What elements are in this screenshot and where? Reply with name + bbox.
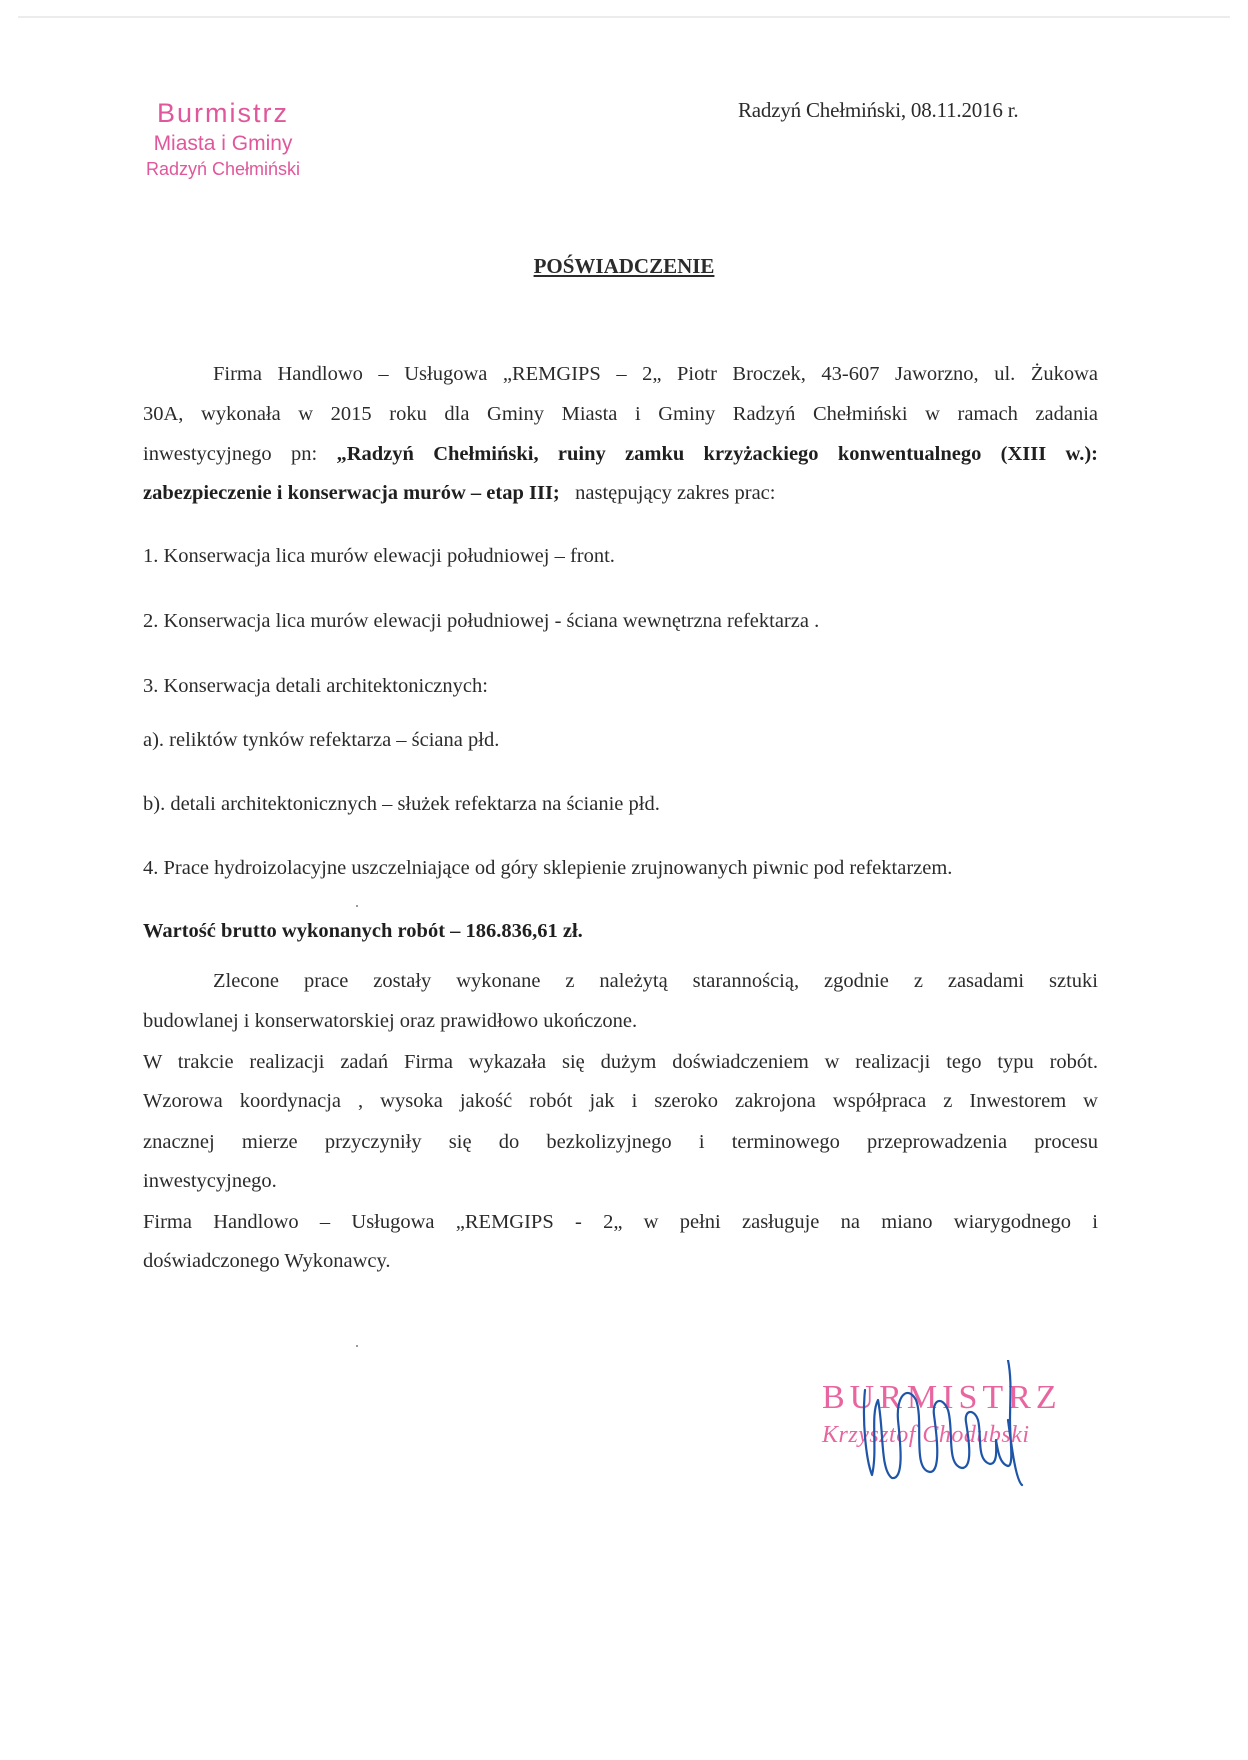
work-item: 2. Konserwacja lica murów elewacji połud… xyxy=(143,609,1098,633)
document-title: POŚWIADCZENIE xyxy=(0,254,1248,279)
work-item: 3. Konserwacja detali architektonicznych… xyxy=(143,674,1098,698)
stamp-line-2: Miasta i Gminy xyxy=(118,130,328,157)
intro-line-4-suffix: następujący zakres prac: xyxy=(575,482,775,504)
intro-line-1: Firma Handlowo – Usługowa „REMGIPS – 2„ … xyxy=(143,362,1098,386)
intro-line-3-prefix: inwestycyjnego pn: xyxy=(143,443,336,465)
work-subitem: a). reliktów tynków refektarza – ściana … xyxy=(143,728,1098,752)
project-name-part-2: zabezpieczenie i konserwacja murów – eta… xyxy=(143,482,560,504)
mayor-header-stamp: Burmistrz Miasta i Gminy Radzyń Chełmińs… xyxy=(118,96,328,181)
closing-line: inwestycyjnego. xyxy=(143,1169,1098,1193)
work-subitem: b). detali architektonicznych – służek r… xyxy=(143,792,1098,816)
scan-speck xyxy=(356,1345,358,1347)
scan-speck xyxy=(356,905,358,907)
closing-line: doświadczonego Wykonawcy. xyxy=(143,1249,1098,1273)
handwritten-signature-icon xyxy=(850,1360,1040,1490)
project-name-part-1: „Radzyń Chełmiński, ruiny zamku krzyżack… xyxy=(336,443,1098,465)
title-text: POŚWIADCZENIE xyxy=(534,254,715,278)
document-date: Radzyń Chełmiński, 08.11.2016 r. xyxy=(738,98,1018,123)
closing-line: budowlanej i konserwatorskiej oraz prawi… xyxy=(143,1009,1098,1033)
closing-line: Zlecone prace zostały wykonane z należyt… xyxy=(143,969,1098,993)
closing-line: W trakcie realizacji zadań Firma wykazał… xyxy=(143,1050,1098,1074)
gross-value-text: Wartość brutto wykonanych robót – 186.83… xyxy=(143,920,583,942)
stamp-line-3: Radzyń Chełmiński xyxy=(118,157,328,181)
intro-line-3: inwestycyjnego pn: „Radzyń Chełmiński, r… xyxy=(143,442,1098,466)
closing-line: Firma Handlowo – Usługowa „REMGIPS - 2„ … xyxy=(143,1210,1098,1234)
work-item: 4. Prace hydroizolacyjne uszczelniające … xyxy=(143,856,1098,880)
intro-line-2: 30A, wykonała w 2015 roku dla Gminy Mias… xyxy=(143,402,1098,426)
work-item: 1. Konserwacja lica murów elewacji połud… xyxy=(143,544,1098,568)
intro-line-4: zabezpieczenie i konserwacja murów – eta… xyxy=(143,481,1098,505)
closing-line: znacznej mierze przyczyniły się do bezko… xyxy=(143,1130,1098,1154)
closing-line: Wzorowa koordynacja , wysoka jakość robó… xyxy=(143,1089,1098,1113)
scan-edge-line xyxy=(18,16,1230,18)
stamp-line-1: Burmistrz xyxy=(118,96,328,130)
gross-value: Wartość brutto wykonanych robót – 186.83… xyxy=(143,919,1098,943)
